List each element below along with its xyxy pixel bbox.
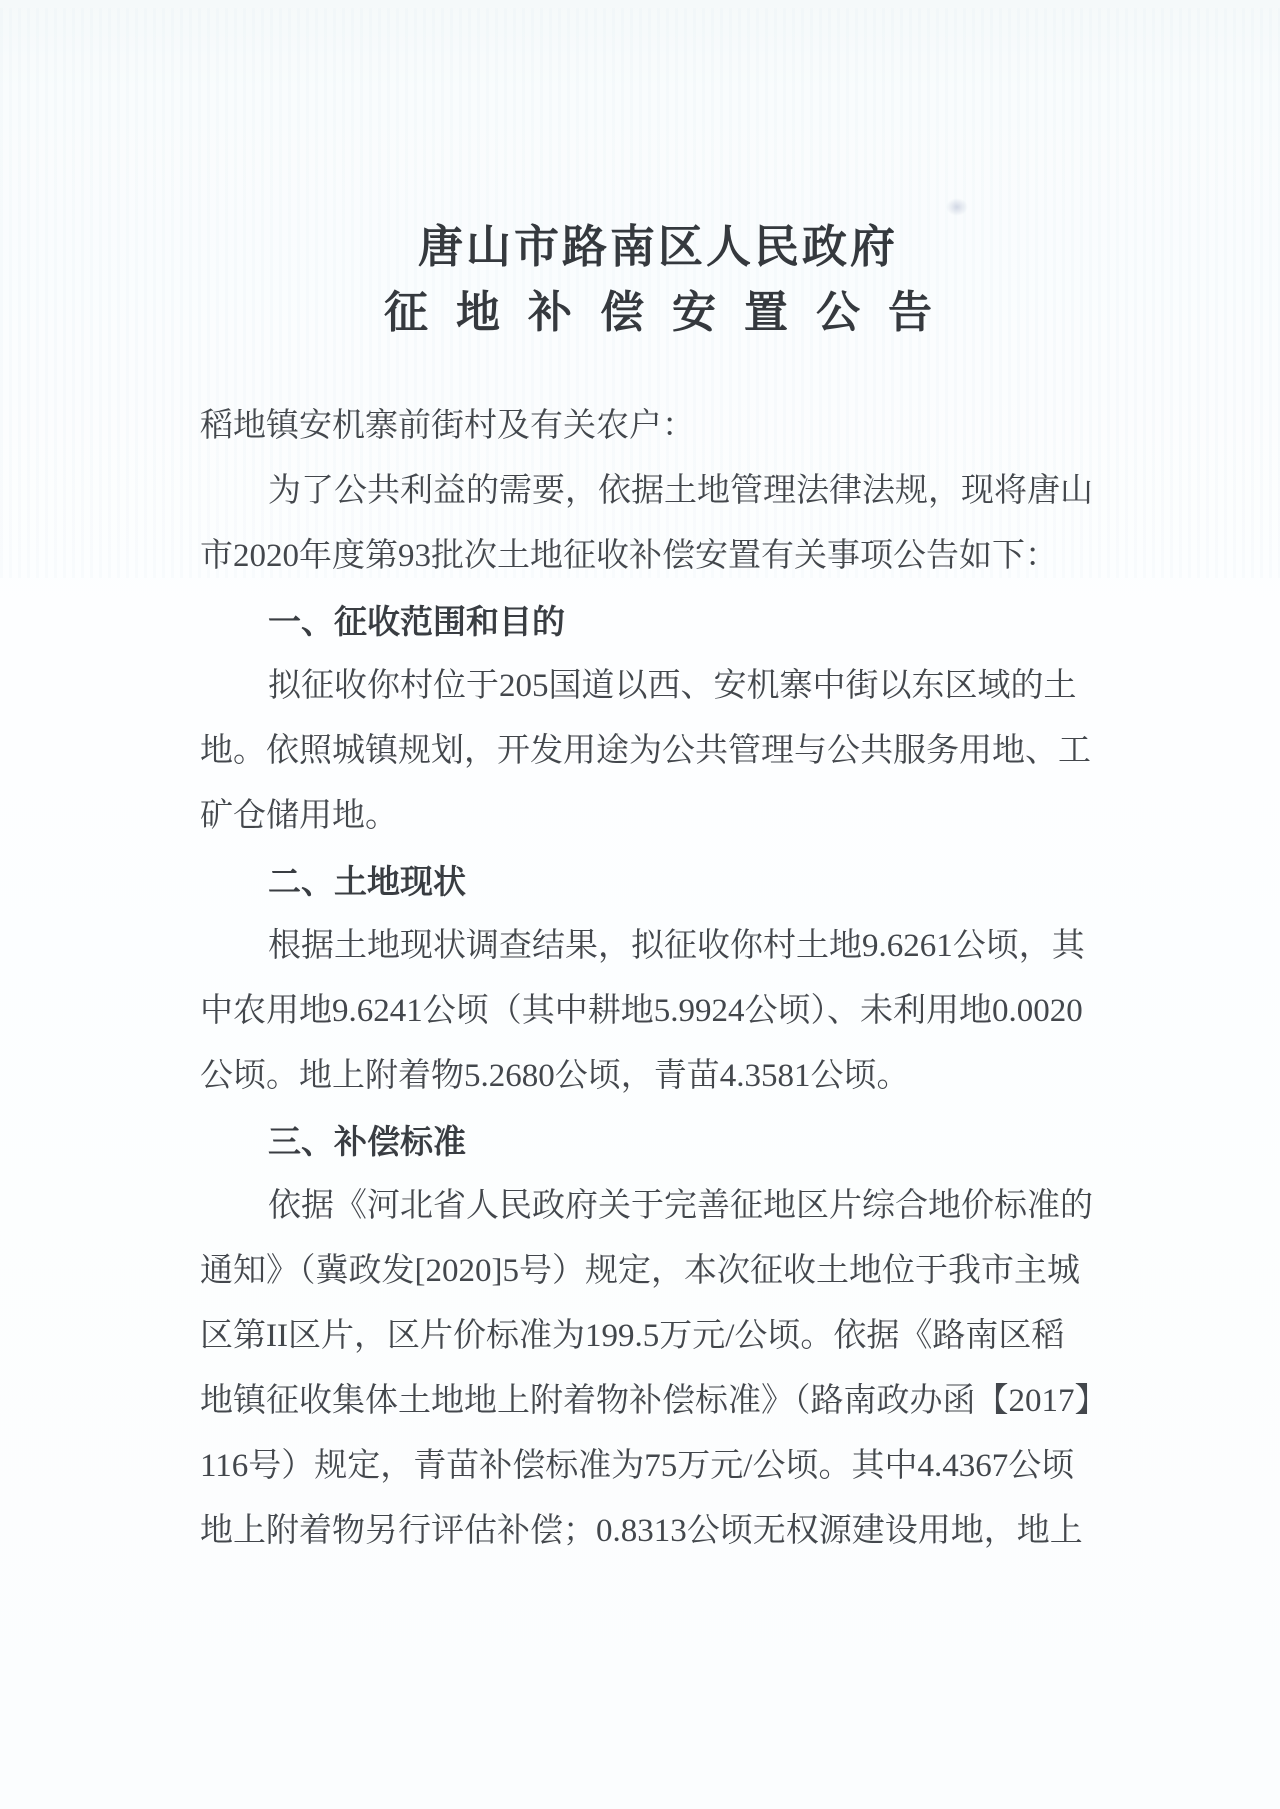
document-line: 矿仓储用地。	[200, 784, 1116, 849]
document-line: 市2020年度第93批次土地征收补偿安置有关事项公告如下：	[200, 524, 1116, 589]
section-heading: 三、补偿标准	[200, 1109, 1116, 1174]
section-heading: 二、土地现状	[200, 849, 1116, 914]
document-line: 拟征收你村位于205国道以西、安机寨中街以东区域的土	[200, 654, 1116, 719]
document-title-line2-text: 征地补偿安置公告	[384, 280, 960, 346]
document-line: 区第II区片，区片价标准为199.5万元/公顷。依据《路南区稻	[200, 1304, 1116, 1369]
document-body: 稻地镇安机寨前街村及有关农户： 为了公共利益的需要，依据土地管理法律法规，现将唐…	[200, 394, 1116, 1564]
section-heading: 一、征收范围和目的	[200, 589, 1116, 654]
document-line: 根据土地现状调查结果，拟征收你村土地9.6261公顷，其	[200, 914, 1116, 979]
document-line: 地上附着物另行评估补偿；0.8313公顷无权源建设用地，地上	[200, 1499, 1116, 1564]
document-line: 公顷。地上附着物5.2680公顷，青苗4.3581公顷。	[200, 1044, 1116, 1109]
document-line: 中农用地9.6241公顷（其中耕地5.9924公顷）、未利用地0.0020	[200, 979, 1116, 1044]
document-line: 为了公共利益的需要，依据土地管理法律法规，现将唐山	[200, 459, 1116, 524]
document-line: 依据《河北省人民政府关于完善征地区片综合地价标准的	[200, 1174, 1116, 1239]
scanned-document-page: 唐山市路南区人民政府 征地补偿安置公告 稻地镇安机寨前街村及有关农户： 为了公共…	[0, 0, 1280, 1809]
document-content: 唐山市路南区人民政府 征地补偿安置公告 稻地镇安机寨前街村及有关农户： 为了公共…	[200, 214, 1116, 1564]
document-title-line2: 征地补偿安置公告	[200, 280, 1116, 346]
document-line: 通知》（冀政发[2020]5号）规定，本次征收土地位于我市主城	[200, 1239, 1116, 1304]
document-line: 稻地镇安机寨前街村及有关农户：	[200, 394, 1116, 459]
document-title-line1-text: 唐山市路南区人民政府	[418, 221, 898, 272]
document-line: 地。依照城镇规划，开发用途为公共管理与公共服务用地、工	[200, 719, 1116, 784]
document-title-line1: 唐山市路南区人民政府	[200, 214, 1116, 280]
document-line: 地镇征收集体土地地上附着物补偿标准》（路南政办函【2017】	[200, 1369, 1116, 1434]
document-line: 116号）规定，青苗补偿标准为75万元/公顷。其中4.4367公顷	[200, 1434, 1116, 1499]
